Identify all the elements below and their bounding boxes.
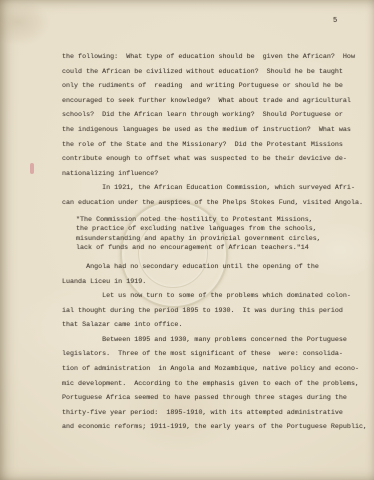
page-number: 5: [333, 17, 337, 25]
pink-paper-mark: [30, 163, 34, 174]
paragraph-colonial-thought: Let us now turn to some of the problems …: [62, 289, 364, 333]
typewritten-text: the following: What type of education sh…: [62, 50, 364, 435]
paragraph-secondary-education: Angola had no secondary education until …: [62, 260, 364, 289]
document-page: 5 the following: What type of education …: [0, 0, 374, 480]
paragraph-phelps-stokes: In 1921, the African Education Commissio…: [62, 181, 364, 210]
block-quote-commission: "The Commission noted the hostility to P…: [76, 216, 364, 254]
paragraph-opening-questions: the following: What type of education sh…: [62, 50, 364, 181]
paragraph-three-stages: Between 1895 and 1930, many problems con…: [62, 333, 364, 435]
